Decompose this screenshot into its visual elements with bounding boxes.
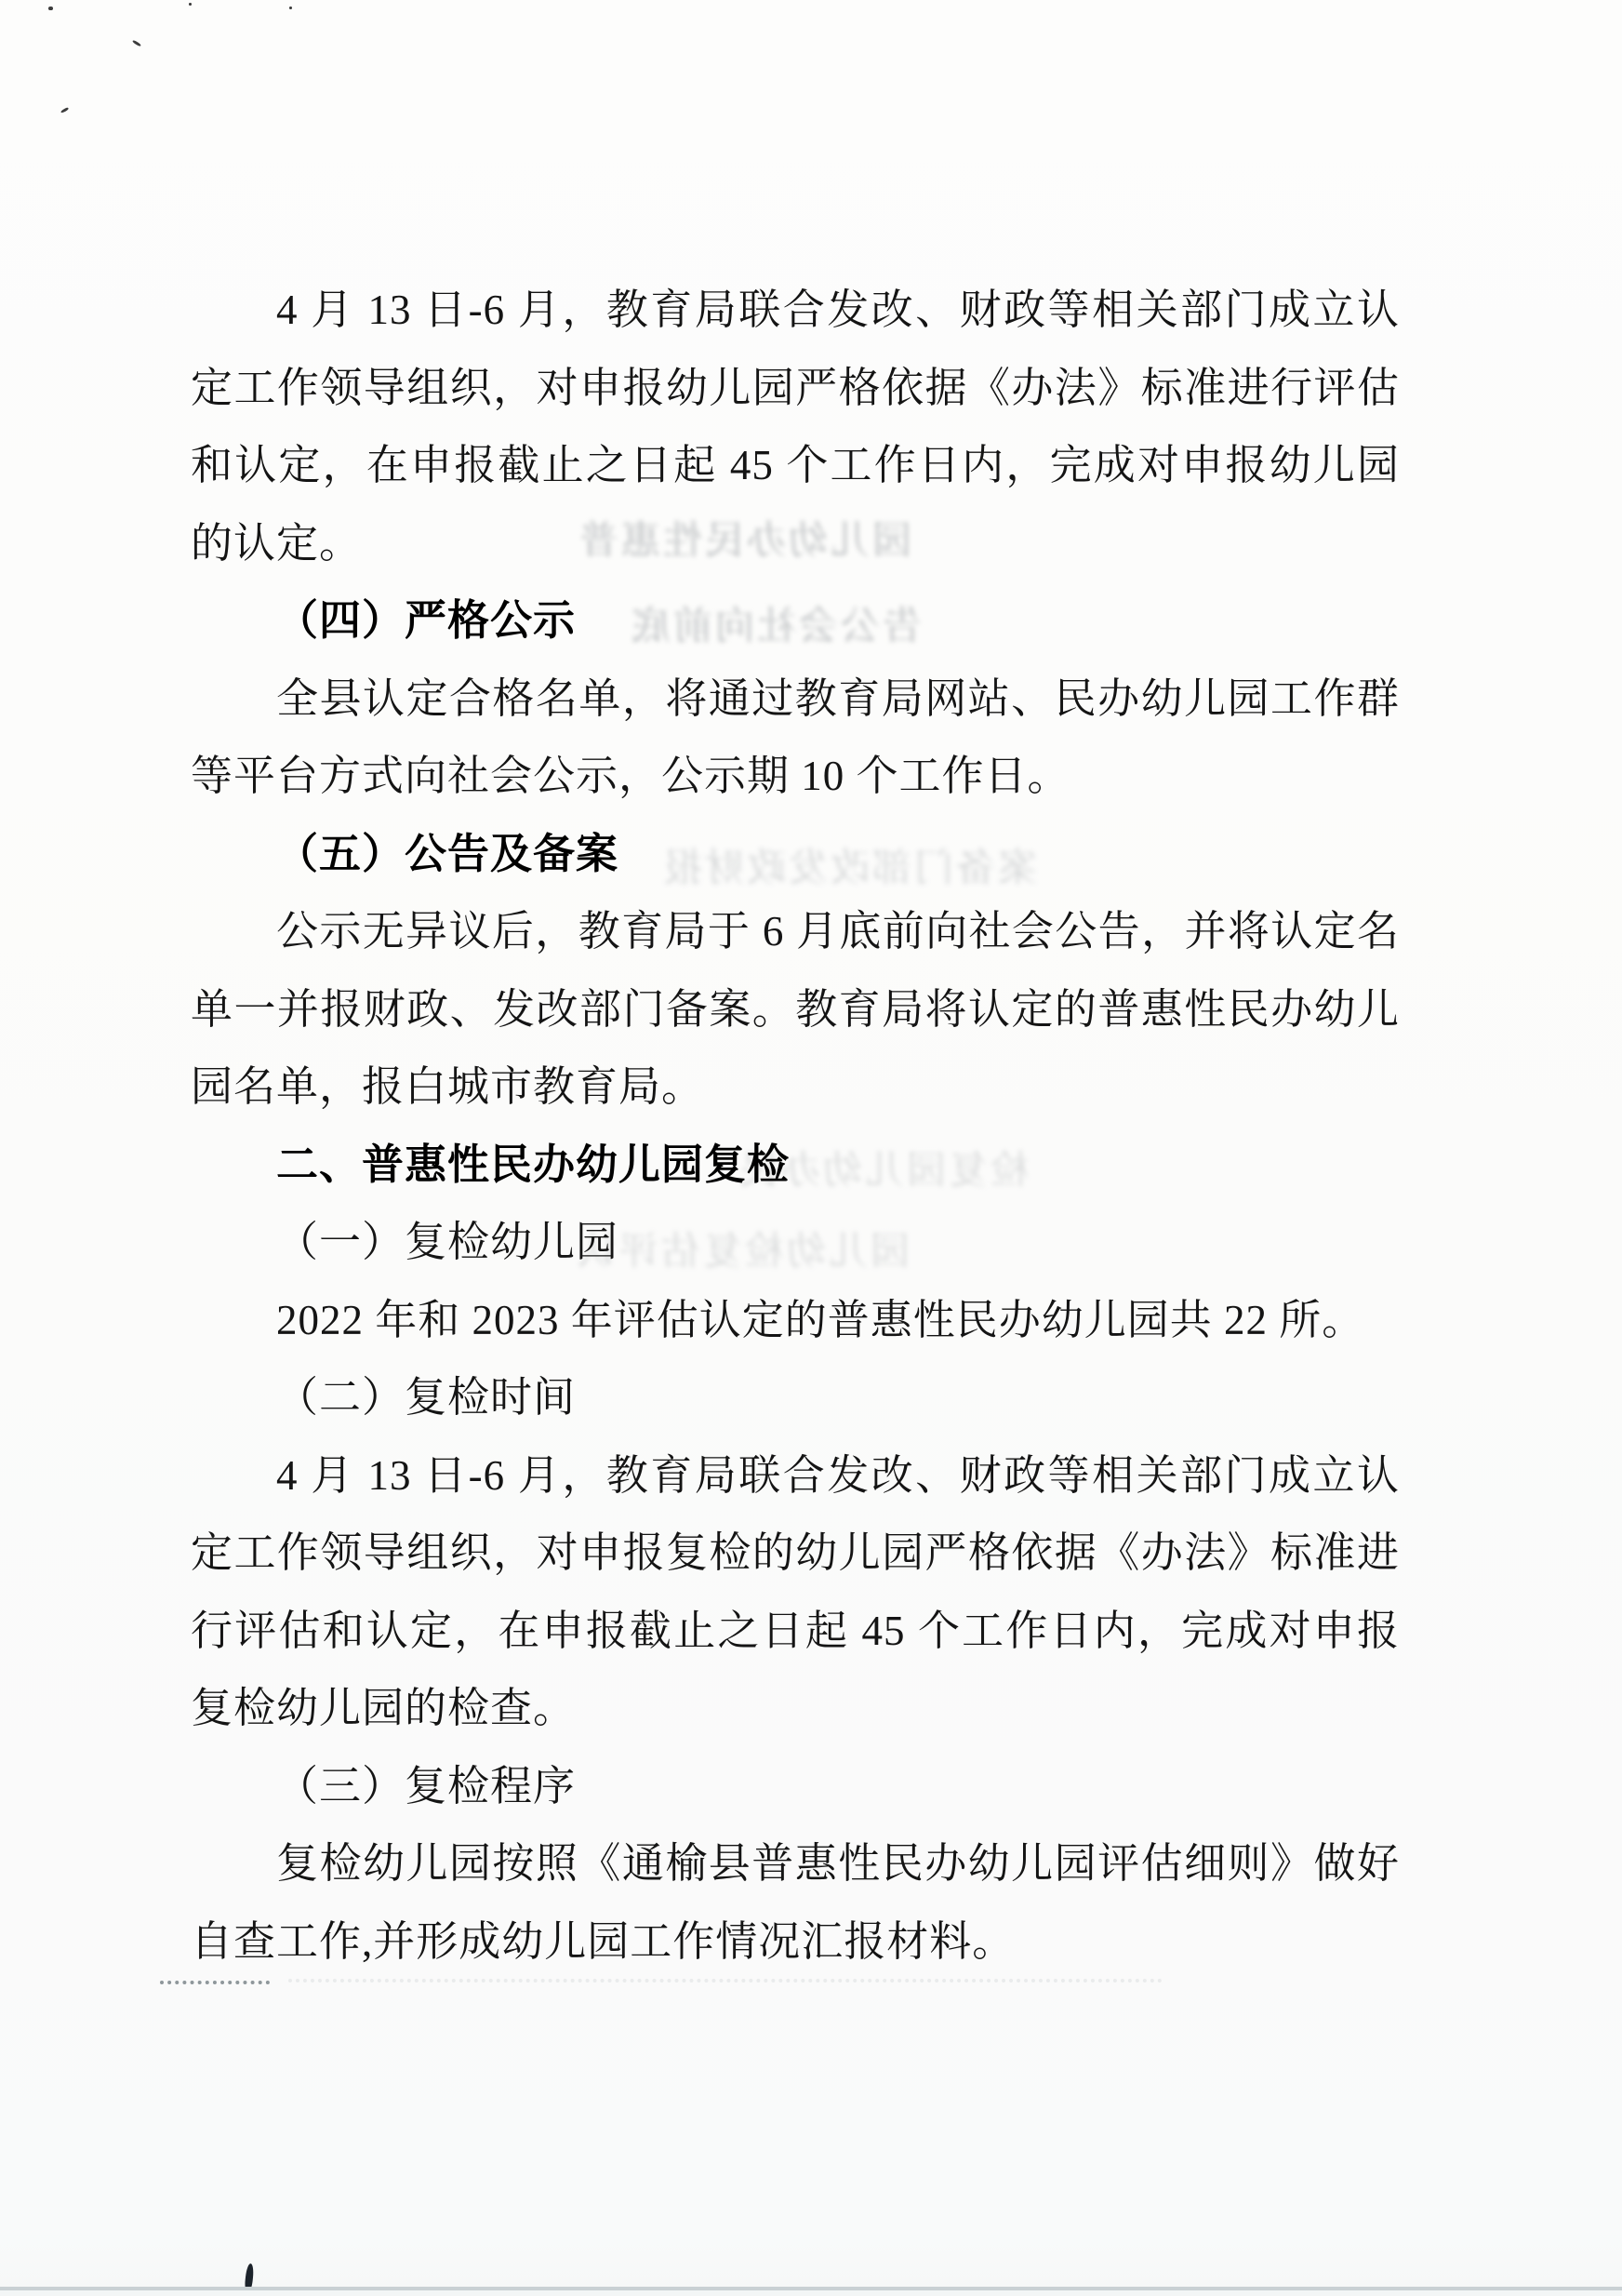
paragraph-line: 和认定，在申报截止之日起 45 个工作日内，完成对申报幼儿园 xyxy=(191,426,1400,504)
section-heading-reinspection: 二、普惠性民办幼儿园复检 xyxy=(191,1126,1400,1204)
subheading-reinspection-kindergartens: （一）复检幼儿园 xyxy=(191,1203,1400,1281)
subheading-reinspection-time: （二）复检时间 xyxy=(191,1358,1400,1436)
dust-speck xyxy=(60,107,69,113)
dotted-scan-artifact xyxy=(288,1979,1163,1982)
dust-speck xyxy=(189,3,192,6)
subheading-reinspection-procedure: （三）复检程序 xyxy=(191,1747,1400,1825)
paragraph-line: 定工作领导组织，对申报复检的幼儿园严格依据《办法》标准进 xyxy=(191,1514,1400,1592)
paragraph-line: 单一并报财政、发改部门备案。教育局将认定的普惠性民办幼儿 xyxy=(191,970,1400,1048)
paragraph-line: 复检幼儿园按照《通榆县普惠性民办幼儿园评估细则》做好 xyxy=(191,1824,1400,1902)
paragraph-line: 的认定。 xyxy=(191,504,1400,582)
section-heading-strict-publicity: （四）严格公示 xyxy=(191,581,1400,660)
paragraph-line: 4 月 13 日-6 月，教育局联合发改、财政等相关部门成立认 xyxy=(191,271,1400,349)
dust-speck xyxy=(289,7,292,9)
paragraph-line: 等平台方式向社会公示，公示期 10 个工作日。 xyxy=(191,737,1400,815)
paragraph-line: 2022 年和 2023 年评估认定的普惠性民办幼儿园共 22 所。 xyxy=(191,1281,1400,1359)
scanner-edge-margin xyxy=(0,2290,1622,2296)
dust-speck xyxy=(132,40,141,47)
paragraph-line: 公示无异议后，教育局于 6 月底前向社会公告，并将认定名 xyxy=(191,892,1400,970)
paragraph-line: 4 月 13 日-6 月，教育局联合发改、财政等相关部门成立认 xyxy=(191,1436,1400,1515)
paragraph-line: 定工作领导组织，对申报幼儿园严格依据《办法》标准进行评估 xyxy=(191,349,1400,427)
dotted-scan-artifact xyxy=(160,1981,270,1984)
paragraph-line: 园名单，报白城市教育局。 xyxy=(191,1048,1400,1126)
section-heading-announcement-filing: （五）公告及备案 xyxy=(191,815,1400,893)
paragraph-line: 复检幼儿园的检查。 xyxy=(191,1669,1400,1747)
paragraph-line: 自查工作,并形成幼儿园工作情况汇报材料。 xyxy=(191,1902,1400,1981)
paragraph-line: 全县认定合格名单，将通过教育局网站、民办幼儿园工作群 xyxy=(191,660,1400,738)
scanned-document-page: 园儿幼办民性惠普 告公会社向前底 案备门部改发政财报 检复园儿幼办民 园儿幼检复… xyxy=(0,0,1622,2296)
dust-speck xyxy=(48,7,53,10)
paragraph-line: 行评估和认定，在申报截止之日起 45 个工作日内，完成对申报 xyxy=(191,1592,1400,1670)
